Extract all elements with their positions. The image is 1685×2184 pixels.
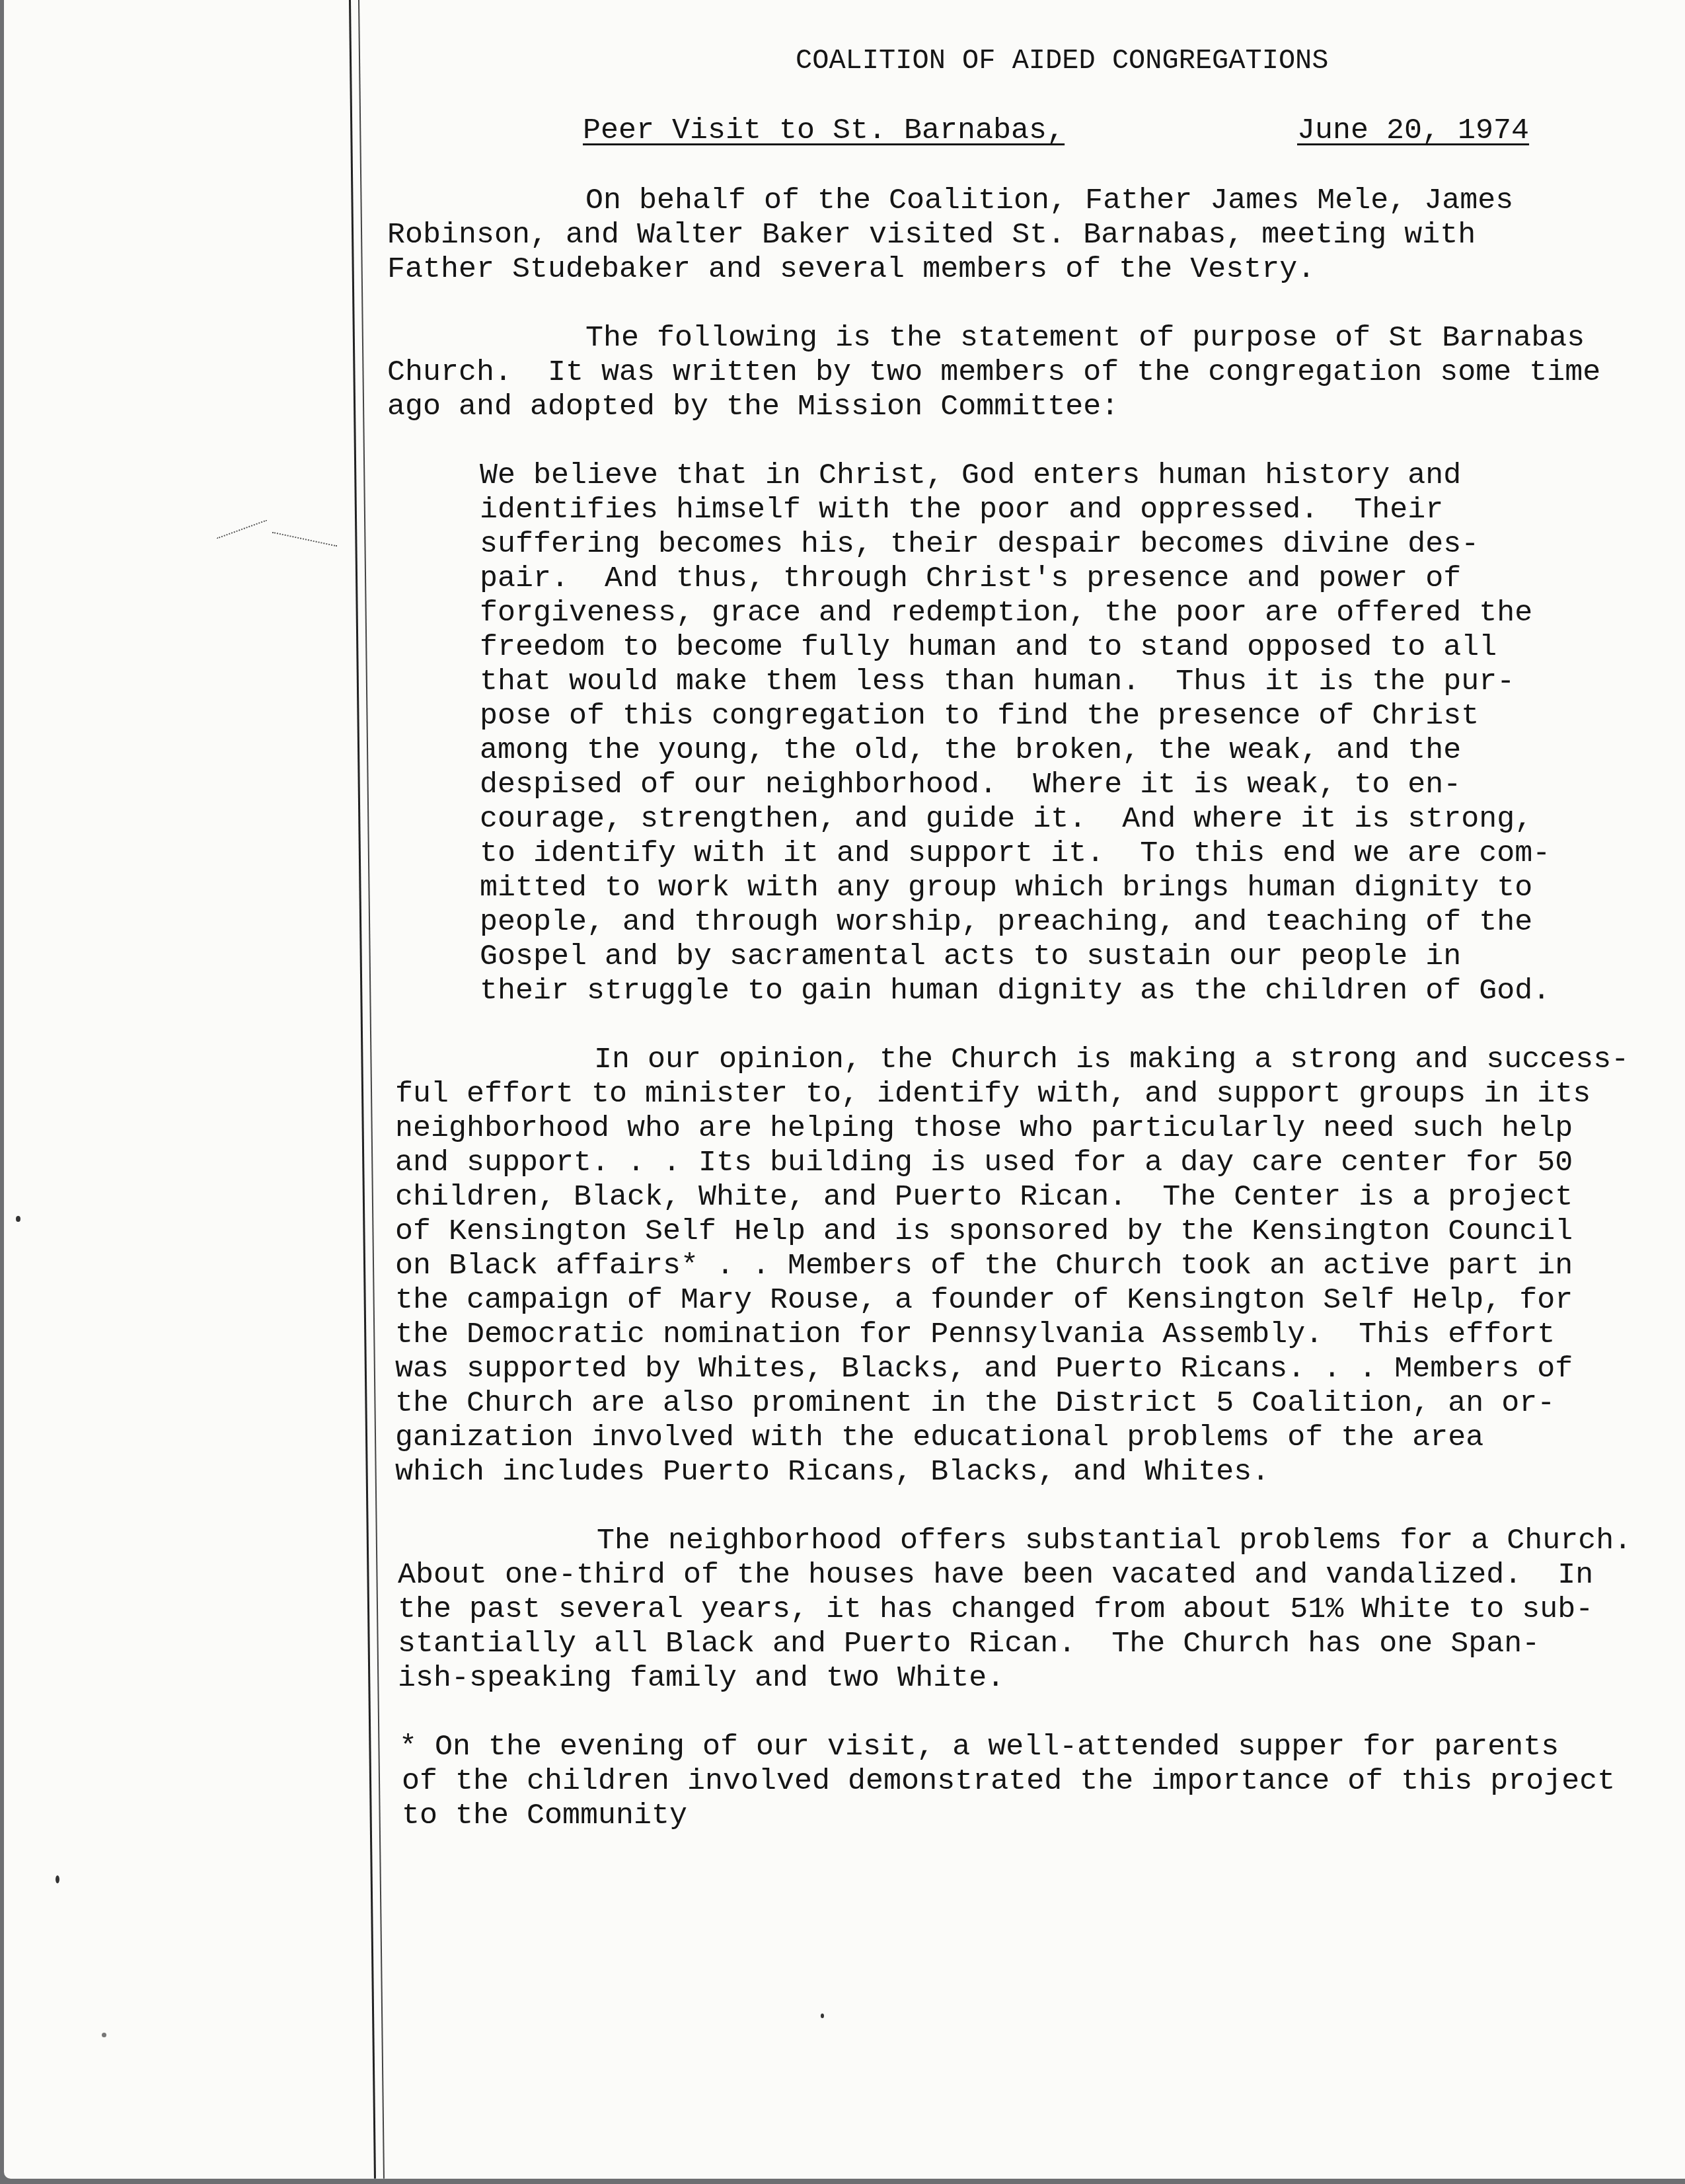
text-line: ganization involved with the educational… xyxy=(395,1421,1483,1455)
text-line: About one-third of the houses have been … xyxy=(398,1558,1593,1593)
text-line: that would make them less than human. Th… xyxy=(480,665,1515,699)
pencil-mark xyxy=(217,519,267,539)
text-line: ago and adopted by the Mission Committee… xyxy=(387,390,1119,424)
text-line: Church. It was written by two members of… xyxy=(387,356,1600,390)
text-line: suffering becomes his, their despair bec… xyxy=(480,527,1479,562)
text-line: ful effort to minister to, identify with… xyxy=(395,1077,1591,1111)
text-line: was supported by Whites, Blacks, and Pue… xyxy=(395,1352,1573,1386)
letterhead: COALITION OF AIDED CONGREGATIONS xyxy=(796,44,1329,78)
text-line: pose of this congregation to find the pr… xyxy=(480,699,1479,734)
text-line: stantially all Black and Puerto Rican. T… xyxy=(398,1627,1540,1661)
text-line: the campaign of Mary Rouse, a founder of… xyxy=(395,1283,1573,1318)
text-line: despised of our neighborhood. Where it i… xyxy=(480,768,1461,802)
text-line: neighborhood who are helping those who p… xyxy=(395,1111,1573,1146)
text-line: Gospel and by sacramental acts to sustai… xyxy=(480,940,1461,974)
document-page: COALITION OF AIDED CONGREGATIONS Peer Vi… xyxy=(4,0,1685,2179)
text-line: On behalf of the Coalition, Father James… xyxy=(585,184,1513,218)
text-line: Father Studebaker and several members of… xyxy=(387,252,1315,287)
subject-title: Peer Visit to St. Barnabas, xyxy=(583,114,1065,148)
text-line: which includes Puerto Ricans, Blacks, an… xyxy=(395,1455,1269,1489)
text-line: of the children involved demonstrated th… xyxy=(402,1764,1615,1799)
text-line: to the Community xyxy=(402,1799,687,1833)
text-line: freedom to become fully human and to sta… xyxy=(480,630,1497,665)
pencil-mark xyxy=(272,532,337,547)
text-line: The neighborhood offers substantial prob… xyxy=(597,1524,1631,1558)
text-line: ish-speaking family and two White. xyxy=(398,1661,1004,1696)
text-line: identifies himself with the poor and opp… xyxy=(480,493,1443,527)
scan-speck xyxy=(56,1875,59,1883)
text-line: In our opinion, the Church is making a s… xyxy=(594,1043,1629,1077)
text-line: people, and through worship, preaching, … xyxy=(480,905,1532,940)
scan-speck xyxy=(821,2014,824,2018)
scan-speck xyxy=(102,2033,106,2037)
text-line: to identify with it and support it. To t… xyxy=(480,837,1550,871)
text-line: on Black affairs* . . Members of the Chu… xyxy=(395,1249,1573,1283)
text-line: courage, strengthen, and guide it. And w… xyxy=(480,802,1532,837)
text-line: We believe that in Christ, God enters hu… xyxy=(480,459,1461,493)
text-line: mitted to work with any group which brin… xyxy=(480,871,1532,905)
text-line: Robinson, and Walter Baker visited St. B… xyxy=(387,218,1476,252)
text-line: the Democratic nomination for Pennsylvan… xyxy=(395,1318,1555,1352)
text-line: among the young, the old, the broken, th… xyxy=(480,734,1461,768)
text-line: the Church are also prominent in the Dis… xyxy=(395,1386,1555,1421)
scan-speck xyxy=(16,1216,20,1222)
text-line: of Kensington Self Help and is sponsored… xyxy=(395,1215,1573,1249)
text-line: forgiveness, grace and redemption, the p… xyxy=(480,596,1532,630)
text-line: the past several years, it has changed f… xyxy=(398,1593,1593,1627)
text-line: their struggle to gain human dignity as … xyxy=(480,974,1550,1008)
text-line: * On the evening of our visit, a well-at… xyxy=(399,1730,1559,1764)
text-line: pair. And thus, through Christ's presenc… xyxy=(480,562,1461,596)
text-line: and support. . . Its building is used fo… xyxy=(395,1146,1573,1180)
text-line: The following is the statement of purpos… xyxy=(585,321,1585,356)
text-line: children, Black, White, and Puerto Rican… xyxy=(395,1180,1573,1215)
document-date: June 20, 1974 xyxy=(1297,114,1529,148)
